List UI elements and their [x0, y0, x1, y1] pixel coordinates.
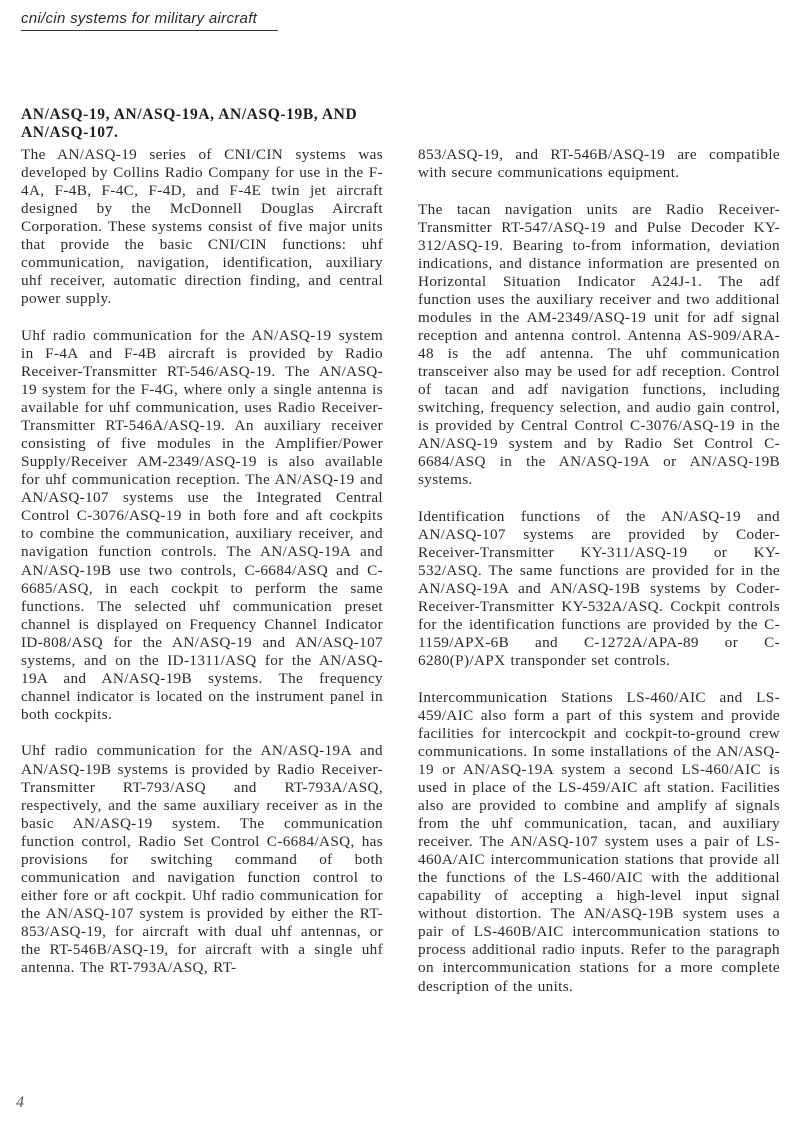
paragraph-overview: The AN/ASQ-19 series of CNI/CIN systems …: [21, 146, 383, 308]
paragraph-uhf-asq19: Uhf radio communication for the AN/ASQ-1…: [21, 327, 383, 724]
paragraph-intercommunication: Intercommunication Stations LS-460/AIC a…: [418, 689, 780, 996]
paragraph-secure-comm: 853/ASQ-19, and RT-546B/ASQ-19 are compa…: [418, 146, 780, 182]
paragraph-tacan-adf: The tacan navigation units are Radio Rec…: [418, 201, 780, 490]
left-column: The AN/ASQ-19 series of CNI/CIN systems …: [21, 146, 383, 996]
running-head: cni/cin systems for military aircraft: [21, 10, 278, 31]
paragraph-identification: Identification functions of the AN/ASQ-1…: [418, 508, 780, 670]
paragraph-uhf-asq19a-b: Uhf radio communication for the AN/ASQ-1…: [21, 742, 383, 977]
section-title: AN/ASQ-19, AN/ASQ-19A, AN/ASQ-19B, AND A…: [21, 106, 381, 142]
right-column: 853/ASQ-19, and RT-546B/ASQ-19 are compa…: [418, 146, 780, 1014]
page-number: 4: [16, 1094, 24, 1112]
